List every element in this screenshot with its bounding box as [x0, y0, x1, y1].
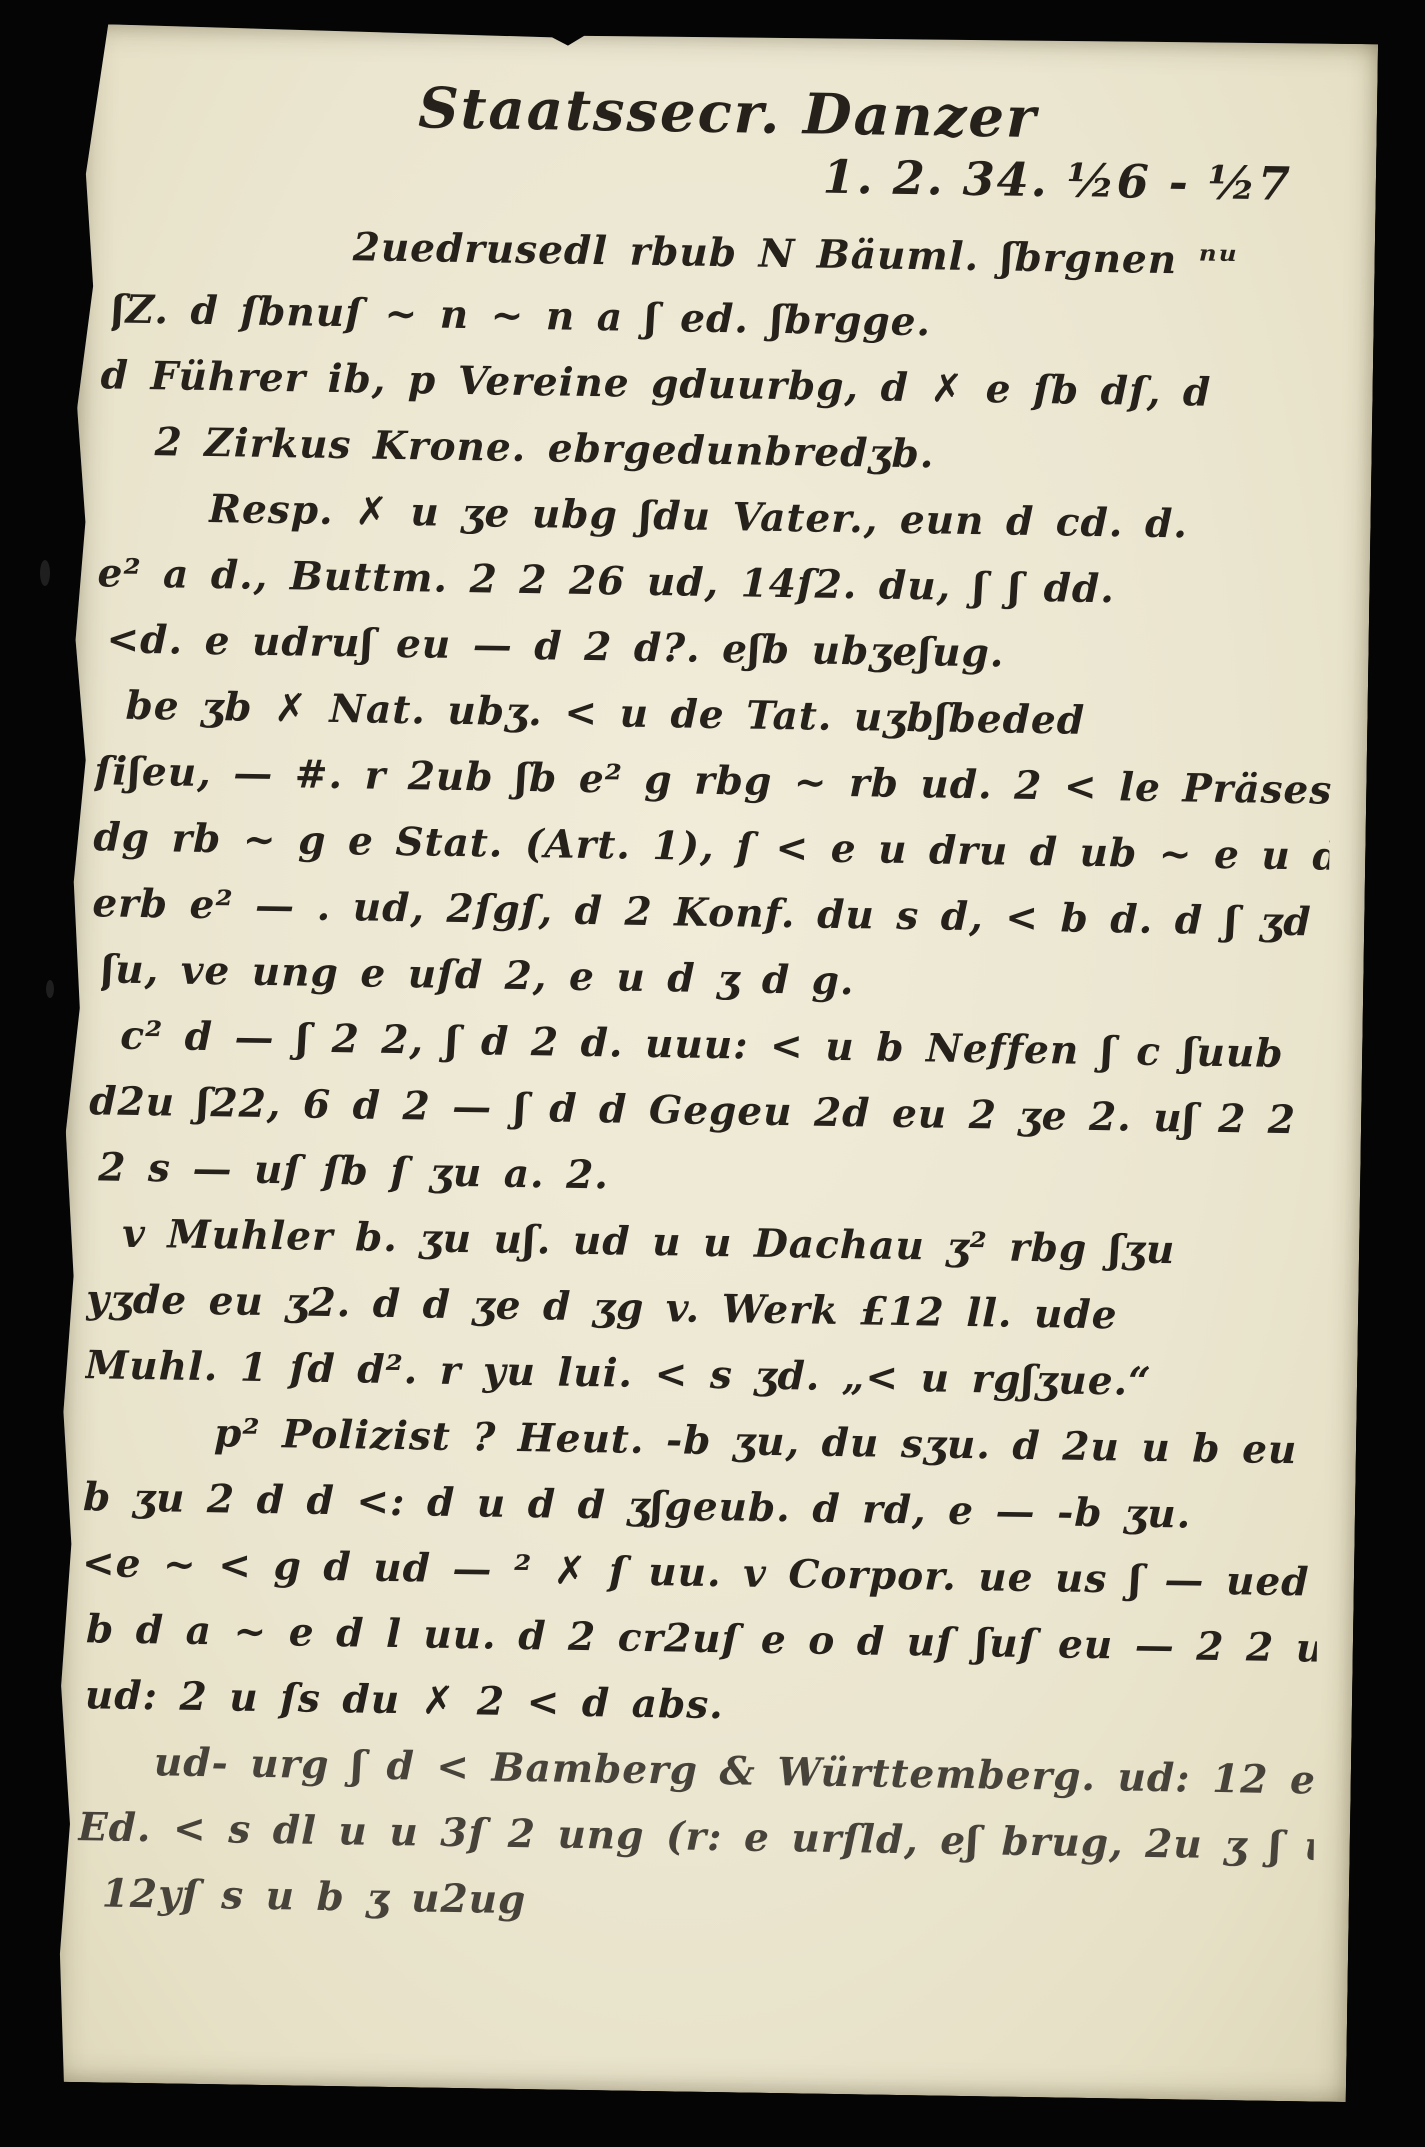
manuscript-paper: Staatssecr. Danzer 1. 2. 34. ½6 - ½7 2ue…: [50, 24, 1378, 2102]
manuscript-body: 2uedrusedl rbub N Bäuml. ʃbrgnen ⁿᵘ ʃZ. …: [76, 210, 1339, 1945]
scan-speck: [46, 980, 54, 998]
scan-background: Staatssecr. Danzer 1. 2. 34. ½6 - ½7 2ue…: [0, 0, 1425, 2147]
scan-speck: [40, 560, 50, 586]
manuscript-content: Staatssecr. Danzer 1. 2. 34. ½6 - ½7 2ue…: [76, 70, 1341, 1945]
